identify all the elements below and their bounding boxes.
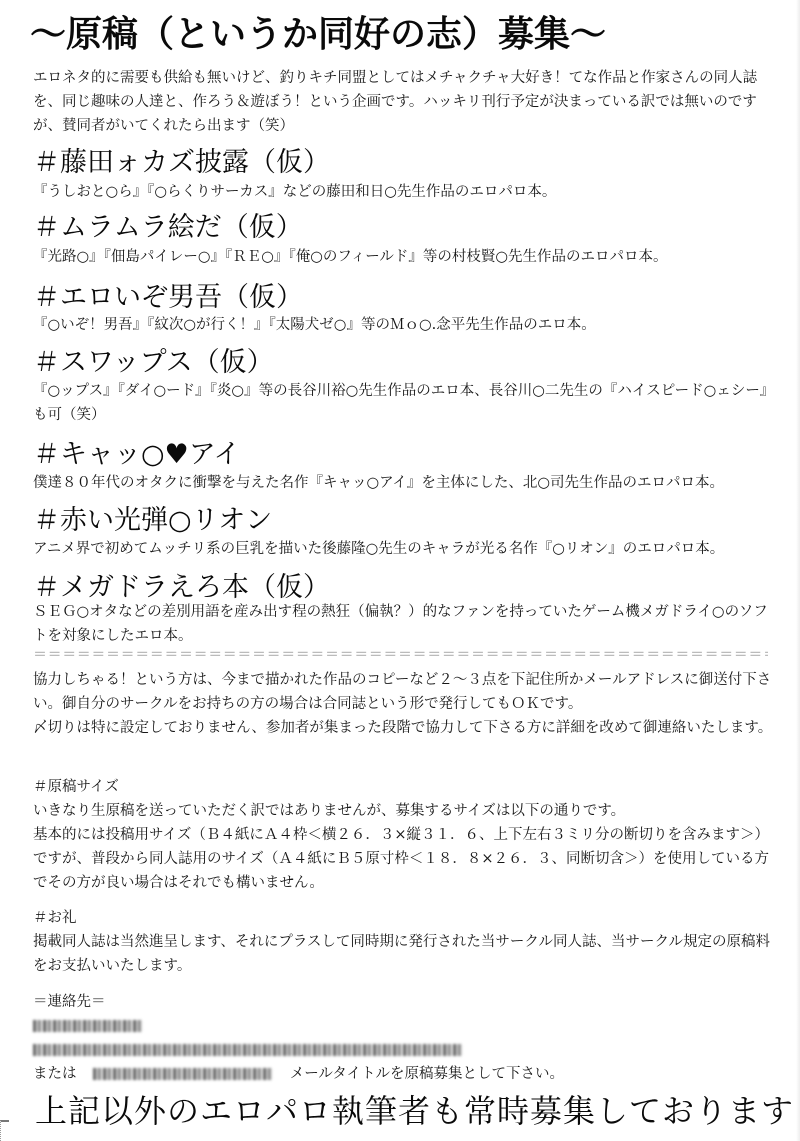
contact-block: ＝連絡先＝ または メールタイトルを原稿募集として下さい。 [33, 990, 778, 1086]
document-page: ～原稿（というか同好の志）募集～ エロネタ的に需要も供給も無いけど、釣りキチ同盟… [0, 0, 800, 1141]
contact-email-redacted [93, 1068, 273, 1080]
manuscript-size-line-2: 基本的には投稿用サイズ（Ｂ４紙にＡ４枠＜横２６．３×縦３１．６、上下左右３ミリ分… [33, 823, 778, 895]
scan-corner-mark [0, 1120, 9, 1141]
reward-body: 掲載同人誌は当然進呈します、それにプラスして同時期に発行された当サークル同人誌、… [33, 930, 778, 978]
manuscript-size-heading: ＃原稿サイズ [33, 775, 778, 799]
section-heading-fujita: ＃藤田ォカズ披露（仮） [33, 140, 330, 179]
section-body-fujita: 『うしおと○ら』『○らくりサーカス』などの藤田和日○先生作品のエロパロ本。 [33, 180, 778, 204]
scan-edge [796, 0, 800, 1141]
contact-email-line: または メールタイトルを原稿募集として下さい。 [33, 1062, 778, 1086]
section-body-dango: 『○いぞ！男吾』『紋次○が行く！』『太陽犬ゼ○』等のＭｏ○.念平先生作品のエロ本… [33, 313, 778, 337]
footer-banner: 上記以外のエロパロ執筆者も常時募集しております [35, 1086, 794, 1132]
manuscript-size-line-1: いきなり生原稿を送っていただく訳ではありませんが、募集するサイズは以下の通りです… [33, 799, 778, 823]
section-body-catseye: 僕達８０年代のオタクに衝撃を与えた名作『キャッ○アイ』を主体にした、北○司先生作… [33, 471, 778, 495]
cooperation-paragraph-1: 協力しちゃる！という方は、今まで描かれた作品のコピーなど２～３点を下記住所かメー… [33, 668, 778, 716]
contact-or-label: または [33, 1066, 77, 1082]
section-heading-megadrive: ＃メガドラえろ本（仮） [33, 565, 330, 604]
contact-heading: ＝連絡先＝ [33, 990, 778, 1014]
cooperation-block: 協力しちゃる！という方は、今まで描かれた作品のコピーなど２～３点を下記住所かメー… [33, 668, 778, 740]
reward-block: ＃お礼 掲載同人誌は当然進呈します、それにプラスして同時期に発行された当サークル… [33, 906, 778, 978]
page-title: ～原稿（というか同好の志）募集～ [30, 6, 606, 57]
section-heading-swaps: ＃スワップス（仮） [33, 340, 274, 379]
section-heading-muraeda: ＃ムラムラ絵だ（仮） [33, 205, 303, 244]
section-body-swaps: 『○ップス』『ダイ○ード』『炎○』等の長谷川裕○先生作品のエロ本、長谷川○二先生… [33, 379, 778, 427]
divider: ＝＝＝＝＝＝＝＝＝＝＝＝＝＝＝＝＝＝＝＝＝＝＝＝＝＝＝＝＝＝＝＝＝＝＝＝＝＝＝＝… [33, 647, 768, 663]
contact-redacted-line-1 [33, 1014, 778, 1038]
section-heading-catseye: ＃キャッ○♥アイ [33, 432, 240, 471]
contact-redacted-line-2 [33, 1038, 778, 1062]
section-body-megadrive: ＳＥＧ○オタなどの差別用語を産み出す程の熱狂（偏執？）的なファンを持っていたゲー… [33, 600, 778, 648]
reward-heading: ＃お礼 [33, 906, 778, 930]
cooperation-paragraph-2: 〆切りは特に設定しておりません、参加者が集まった段階で協力して下さる方に詳細を改… [33, 716, 778, 740]
section-body-muraeda: 『光路○』『佃島パイレー○』『ＲＥ○』『俺○のフィールド』等の村枝賢○先生作品の… [33, 245, 778, 269]
section-heading-dango: ＃エロいぞ男吾（仮） [33, 275, 303, 314]
section-body-orion: アニメ界で初めてムッチリ系の巨乳を描いた後藤隆○先生のキャラが光る名作『○リオン… [33, 537, 778, 561]
manuscript-size-block: ＃原稿サイズ いきなり生原稿を送っていただく訳ではありませんが、募集するサイズは… [33, 775, 778, 895]
section-heading-orion: ＃赤い光弾○リオン [33, 498, 272, 537]
contact-email-note: メールタイトルを原稿募集として下さい。 [290, 1066, 564, 1082]
intro-paragraph: エロネタ的に需要も供給も無いけど、釣りキチ同盟としてはメチャクチャ大好き！てな作… [33, 66, 778, 138]
